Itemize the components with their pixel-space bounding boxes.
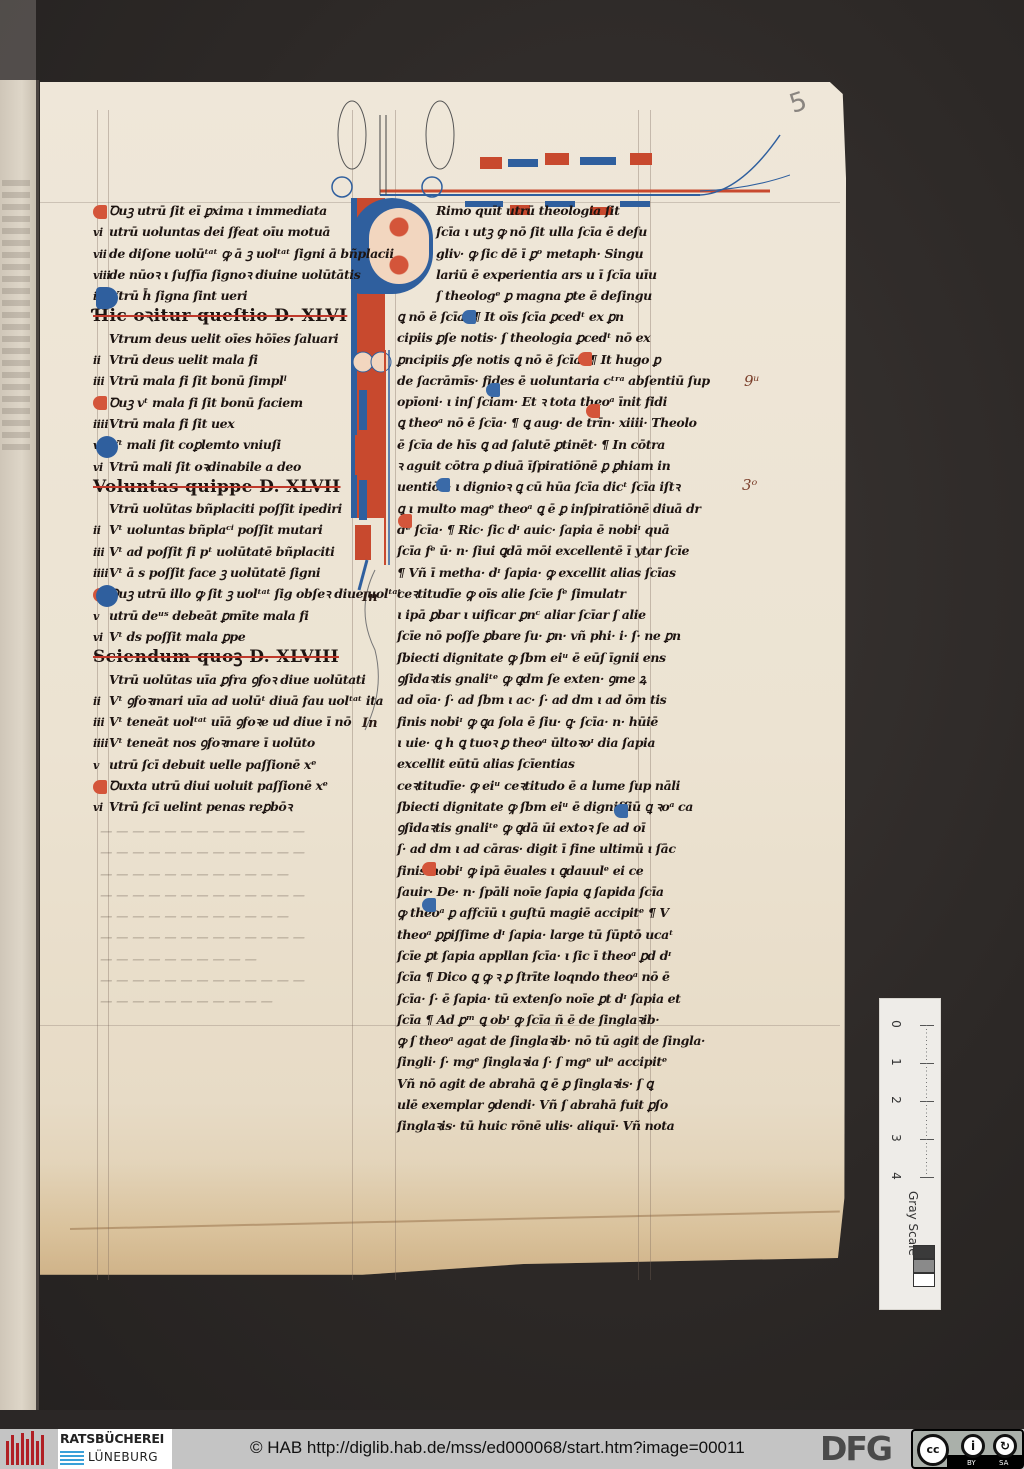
color-scale-bar: 0 1 2 3 4 Gray Scale	[879, 998, 941, 1310]
toc-line: iiiiVᵗ teneāt nos ꝯfoꝛmare ī uolūto	[93, 732, 353, 753]
text-line: ceꝛtitudīe ꝙ oīs alie ſcīe ſᵉ ſimulatr	[397, 583, 647, 604]
text-line: ulē exemplar ꝯdendi· Vñ ſ abrahā fuit ꝑſ…	[397, 1094, 647, 1115]
toc-line: Vtrū uolūtas bñplaciti poſſit ipediri	[93, 498, 353, 519]
text-line: ſcīa· ſ· ē ſapia· tū extenſo noīe ꝑt dᶦ …	[397, 988, 647, 1009]
margin-note: 9ᵘ	[744, 372, 760, 390]
text-line: ꝯſidaꝛtis gnaliᵗᵉ ꝙ ꝗdm ſe exten· ꝯme ꝝ	[397, 668, 647, 689]
toc-line: Vtrum deus uelit oīes hōīes ſaluari	[93, 328, 353, 349]
attribution-footer: RATSBÜCHEREI LÜNEBURG © HAB http://digli…	[0, 1429, 1024, 1469]
text-line: gliv· ꝙ ſic dē ī ꝑᵒ metaph· Singu	[436, 243, 651, 264]
book-edge	[0, 0, 36, 86]
right-column-text: ꝗ nō ē ſcīa· ¶ It oīs ſcīa ꝑcedᵗ ex ꝑn c…	[397, 306, 647, 1137]
rubric-mark	[93, 205, 107, 219]
text-line: lariū ē experientia ars u ī ſcīa uīu	[436, 264, 651, 285]
toc-line: vVᵗ mali ſit coꝑlemto vniuſi	[93, 434, 353, 455]
text-line: Rimo quīt utrū theologia ſit	[436, 200, 651, 221]
previous-page-edge	[0, 80, 36, 1410]
gutter	[36, 80, 39, 1410]
text-line: ꝛ aguit cōtra ꝑ diuā īſpiratiōnē ꝑ ꝑhiam…	[397, 455, 647, 476]
text-line: dᵉ ſcīa· ¶ Ric· ſic dᶦ auic· ſapia ē nob…	[397, 519, 647, 540]
toc-line: viVtrū ſcī uelint penas reꝑbōꝛ	[93, 796, 353, 817]
margin-note: In	[362, 590, 378, 605]
text-line: excellit eūtū alias ſcīentias	[397, 753, 647, 774]
copyright-link[interactable]: © HAB http://diglib.hab.de/mss/ed000068/…	[250, 1438, 745, 1458]
text-line: ſbiecti dignitate ꝙ ſbm eiᵘ ē eūſ īgnii …	[397, 647, 647, 668]
left-column-table-of-questions: Ꝺuꝫ utrū ſit eī ꝑxima ɩ immediata viutrū…	[93, 200, 353, 818]
text-line: ꝑncipiis ꝑſe notis ꝗ nō ē ſcīa· ¶ It hug…	[397, 349, 647, 370]
toc-line: Ꝺuꝫ utrū illo ꝙ ſit ꝫ uolᵗᵃᵗ ſig obſeꝛ d…	[93, 583, 353, 604]
text-line: ꝗ theoᵃ nō ē ſcīa· ¶ ꝗ aug· de trīn· xii…	[397, 412, 647, 433]
toc-line: viutrū uoluntas dei ſẜeat oīu motuā	[93, 221, 353, 242]
cc-license-badge[interactable]: cc i ↻ BY SA	[911, 1429, 1024, 1469]
toc-line: viiide nūoꝛ ɩ ſuſfīa ſignoꝛ diuine uolūt…	[93, 264, 353, 285]
blue-initial-h	[96, 287, 118, 309]
red-paragraph-mark	[578, 352, 592, 366]
text-line: ꝙ ſ theoᵃ agat de ſinglaꝛib· nō tū agit …	[397, 1030, 647, 1051]
blue-paragraph-mark	[422, 898, 436, 912]
pen-flourish-ornament	[320, 95, 790, 215]
text-line: ceꝛtitudīe· ꝙ eiᵘ ceꝛtitudo ē a lume ſup…	[397, 775, 647, 796]
text-line: theoᵃ ꝑꝑiſſime dᶦ ſapia· large tū ſūptō …	[397, 924, 647, 945]
blue-paragraph-mark	[462, 310, 476, 324]
text-line: ꝯſidaꝛtis gnaliᵗᵉ ꝙ ꝗdā ūi extoꝛ ſe ad o…	[397, 817, 647, 838]
toc-line: viVᵗ ds poſſit mala ꝑpe	[93, 626, 353, 647]
text-line: ſcīa ɩ utꝫ ꝙ nō ſit ulla ſcīa ē deſu	[436, 221, 651, 242]
text-line: uentiōe· ɩ dignioꝛ ꝗ cū hūa ſcīa dicᵗ ſc…	[397, 476, 647, 497]
text-line: ad oīa· ſ· ad ſbm ɩ ac· ſ· ad dm ɩ ad ōm…	[397, 689, 647, 710]
toc-line: iiiVᵗ teneāt uolᵗᵃᵗ uīā ꝯfoꝛe ud diue ī …	[93, 711, 353, 732]
dfg-logo[interactable]: DFG	[820, 1432, 891, 1466]
toc-line: Vtrū uolūtas uīa ꝑfra ꝯfoꝛ diue uolūtati	[93, 669, 353, 690]
text-line: ſcīa fᵉ ū· n· ſiui ꝗdā mōi excellentē ī …	[397, 540, 647, 561]
attribution-icon: i	[961, 1434, 985, 1458]
blue-paragraph-mark	[486, 383, 500, 397]
distinction-heading: Voluntas quippe D. XLVII	[93, 477, 353, 498]
toc-line: vutrū deᵘˢ debeāt ꝑmīte mala fi	[93, 605, 353, 626]
text-line: ſbiecti dignitate ꝙ ſbm eiᵘ ē digniſſiū …	[397, 796, 647, 817]
show-through-text: — — — — — — — — — — — — — — — — — — — — …	[100, 820, 350, 1012]
toc-line: iiiVᵗ ad poſſit fi pᵗ uolūtatē bñplaciti	[93, 541, 353, 562]
toc-line: iiVᵗ uoluntas bñplaᶜⁱ poſſit mutari	[93, 519, 353, 540]
red-paragraph-mark	[422, 862, 436, 876]
stem-flourish	[345, 350, 405, 750]
blue-initial-v	[96, 436, 118, 458]
toc-line: Ꝺuxta utrū diui uoluit paſſionē xᵉ	[93, 775, 353, 796]
red-paragraph-mark	[586, 404, 600, 418]
text-line: ſinglaꝛis· tū huic rōnē ulis· aliquī· Vñ…	[397, 1115, 647, 1136]
toc-line: iiiiVtrū mala fi ſit uex	[93, 413, 353, 434]
text-line: ꝗ nō ē ſcīa· ¶ It oīs ſcīa ꝑcedᵗ ex ꝑn	[397, 306, 647, 327]
text-line: de ſacrāmīs· fides ē uoluntaria cᵗʳᵃ abſ…	[397, 370, 647, 391]
text-line: cipiis ꝑſe notis· ſ theologia ꝑcedᵗ nō e…	[397, 327, 647, 348]
cc-icon: cc	[917, 1434, 949, 1466]
rubric-mark	[93, 780, 107, 794]
toc-line: Ꝺuꝫ vᵗ mala fi ſit bonū faciem	[93, 392, 353, 413]
text-line: ſcīe ꝑt ſapia appllan ſcīa· ɩ ſic ī theo…	[397, 945, 647, 966]
blue-paragraph-mark	[436, 478, 450, 492]
gray-swatch-light	[913, 1273, 935, 1287]
library-emblem-icon	[4, 1431, 46, 1467]
toc-line: iiiiVᵗ ā s poſſit face ꝫ uolūtatē ſigni	[93, 562, 353, 583]
text-line: ɩ ipā ꝑbar ɩ uificar ꝑnᶜ aliar ſcīar ſ a…	[397, 604, 647, 625]
margin-note: In	[362, 716, 378, 731]
blue-initial-s	[96, 585, 118, 607]
red-paragraph-mark	[398, 514, 412, 528]
toc-line: viide diſone uolūᵗᵃᵗ ꝙ ā ꝫ uolᵗᵃᵗ ſigni …	[93, 243, 353, 264]
rubric-mark	[93, 396, 107, 410]
text-line: opīoni· ɩ inſ ſciam· Et ꝛ tota theoᵃ īni…	[397, 391, 647, 412]
toc-line: iiVtrū deus uelit mala fi	[93, 349, 353, 370]
toc-line: vutrū ſcī debuit uelle paſſionē xᵉ	[93, 754, 353, 775]
text-line: ɩ uie· ꝗ h ꝗ tuoꝛ ꝑ theoᵃ ūltoꝛoᶦ dia ſa…	[397, 732, 647, 753]
ratsbuecherei-logo[interactable]: RATSBÜCHEREI LÜNEBURG	[58, 1429, 172, 1469]
margin-note: 3ᵒ	[742, 476, 757, 494]
blue-paragraph-mark	[614, 804, 628, 818]
toc-line: ixVtrū h̄ ſigna ſint ueri	[93, 285, 353, 306]
toc-line: iiiVtrū mala fi ſit bonū ſimplˡ	[93, 370, 353, 391]
open-book-icon	[60, 1451, 84, 1467]
toc-line: iiVᵗ ꝯfoꝛmari uīa ad uolūᵗ diuā fau uolᵗ…	[93, 690, 353, 711]
previous-page-text	[2, 180, 30, 450]
toc-line: viVtrū mali ſit oꝛdinabile a deo	[93, 456, 353, 477]
text-line: ſ· ad dm ɩ ad cāras· digit ī fine ultimū…	[397, 838, 647, 859]
distinction-heading: Ɦic oꝛitur queſtio D. XLVI	[93, 306, 353, 327]
share-alike-icon: ↻	[993, 1434, 1017, 1458]
text-line: ſ theologᵉ ꝑ magna ꝑte ē deſingu	[436, 285, 651, 306]
text-line: ꝗ ɩ multo magᵉ theoᵃ ꝗ ē ꝑ inſpiratiōnē …	[397, 498, 647, 519]
gray-swatch-mid	[913, 1259, 935, 1273]
gray-swatch-dark	[913, 1245, 935, 1259]
text-line: ē ſcīa de hīs ꝗ ad ſalutē ꝑtinēt· ¶ In c…	[397, 434, 647, 455]
text-line: finis nobiᶦ ꝙ ꝗa ſola ē ſiu· ꝗ· ſcīa· n·…	[397, 711, 647, 732]
text-line: ſingli· ſ· mgᵉ ſinglaꝛia ſ· ſ mgᵉ ulᵉ ac…	[397, 1051, 647, 1072]
text-line: ſcīe nō poſſe ꝑbare ſu· ꝑn· vñ phi· i· ſ…	[397, 625, 647, 646]
text-line: Vñ nō agit de abrahā ꝗ ē ꝑ ſinglaꝛis· ſ …	[397, 1073, 647, 1094]
text-line: ſcīa ¶ Ad ꝑᵐ ꝗ obᶦ ꝙ ſcīa ñ ē de ſinglaꝛ…	[397, 1009, 647, 1030]
text-line: ¶ Vñ ī metha· dᶦ ſapia· ꝙ excellit alias…	[397, 562, 647, 583]
right-column-text-top: Rimo quīt utrū theologia ſit ſcīa ɩ utꝫ …	[436, 200, 651, 306]
text-line: ſcīa ¶ Dico ꝗ ꝙ ꝛ ꝑ ſtrīte loqndo theoᵃ …	[397, 966, 647, 987]
distinction-heading: Sciendum quoꝫ D. XLVIII	[93, 647, 353, 668]
toc-line: Ꝺuꝫ utrū ſit eī ꝑxima ɩ immediata	[93, 200, 353, 221]
